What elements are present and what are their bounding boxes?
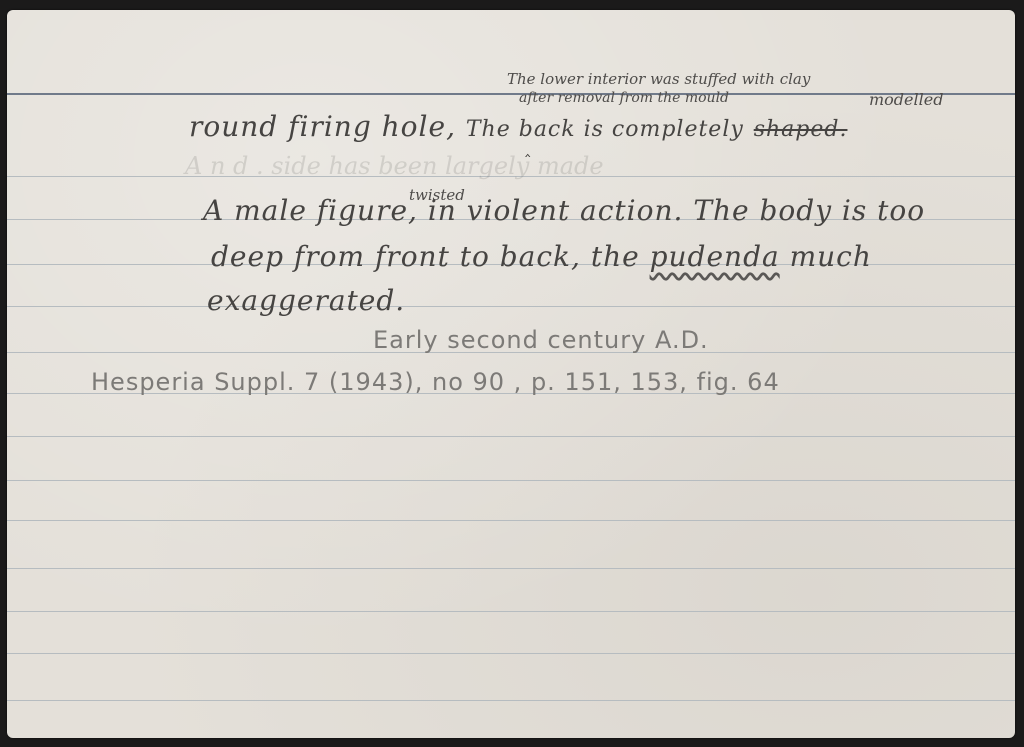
ruled-line <box>7 306 1015 307</box>
ruled-line <box>7 611 1015 612</box>
ink-line-1: round firing hole, The back is completel… <box>189 110 847 143</box>
ink-line-2: A male figure, in violent action. The bo… <box>203 194 925 227</box>
line3-after: much <box>790 240 872 273</box>
underlined-word: pudenda <box>650 240 780 273</box>
line3-before: deep from front to back, the <box>211 240 640 273</box>
line1-rest: The back is completely <box>466 117 744 142</box>
insertion-line-1: The lower interior was stuffed with clay <box>507 70 810 88</box>
insertion-line-2: after removal from the mould <box>519 90 729 106</box>
pencil-reference: Hesperia Suppl. 7 (1943), no 90 , p. 151… <box>91 368 780 396</box>
top-rule <box>7 93 1015 95</box>
insertion-replacement-word: modelled <box>869 90 943 109</box>
ruled-line <box>7 653 1015 654</box>
index-card: The lower interior was stuffed with clay… <box>7 10 1015 738</box>
erased-text: A n d . side has been largely made <box>185 152 604 180</box>
ink-line-4: exaggerated. <box>207 284 405 317</box>
ruled-line <box>7 436 1015 437</box>
ink-line-3: deep from front to back, the pudenda muc… <box>211 240 872 273</box>
ruled-line <box>7 700 1015 701</box>
ruled-line <box>7 568 1015 569</box>
ruled-line <box>7 520 1015 521</box>
struck-word: shaped. <box>754 117 848 142</box>
ruled-line <box>7 480 1015 481</box>
line1-main: round firing hole, <box>189 110 456 143</box>
pencil-date: Early second century A.D. <box>373 326 709 354</box>
